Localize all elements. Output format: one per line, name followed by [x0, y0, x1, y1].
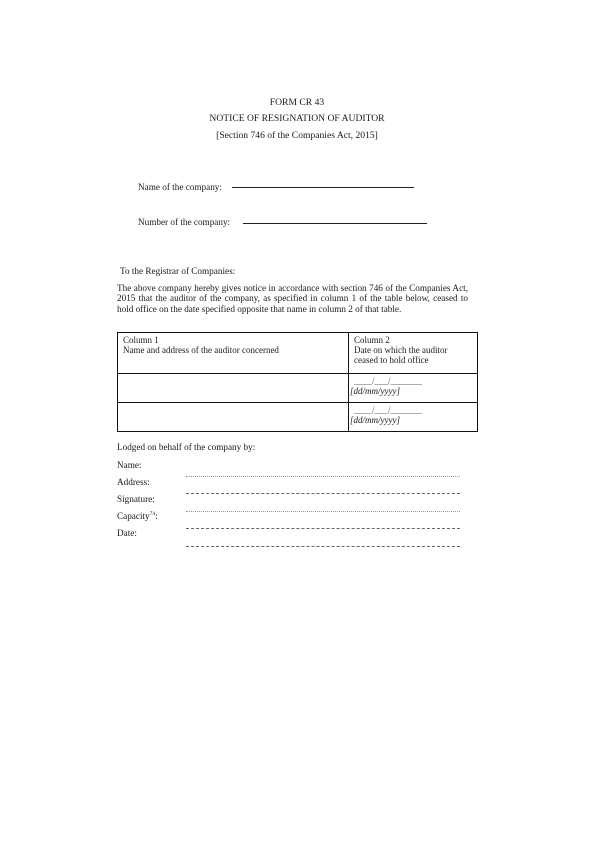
date-field[interactable]: [186, 546, 460, 547]
capacity-label: Capacity74:: [117, 511, 158, 521]
date-blank[interactable]: ____/___/_______: [354, 376, 472, 386]
address-label: Address:: [117, 477, 150, 487]
column-2-header: Column 2 Date on which the auditor cease…: [349, 333, 478, 374]
addressee: To the Registrar of Companies:: [120, 266, 235, 276]
date-blank[interactable]: ____/___/_______: [354, 405, 472, 415]
table-header-row: Column 1 Name and address of the auditor…: [118, 333, 478, 374]
table-row: ____/___/_______ [dd/mm/yyyy]: [118, 374, 478, 403]
date-cell[interactable]: ____/___/_______ [dd/mm/yyyy]: [349, 403, 478, 432]
capacity-label-suffix: :: [155, 511, 158, 521]
capacity-field[interactable]: [186, 528, 460, 529]
name-field[interactable]: [186, 476, 460, 477]
signature-label: Signature:: [117, 494, 155, 504]
auditor-name-cell[interactable]: [118, 374, 349, 403]
company-name-label: Name of the company:: [138, 182, 222, 192]
date-format-hint: [dd/mm/yyyy]: [350, 386, 472, 396]
capacity-label-text: Capacity: [117, 511, 150, 521]
lodged-heading: Lodged on behalf of the company by:: [117, 442, 255, 452]
auditor-table: Column 1 Name and address of the auditor…: [117, 332, 478, 432]
form-reference: [Section 746 of the Companies Act, 2015]: [0, 130, 594, 141]
date-label: Date:: [117, 528, 137, 538]
notice-body: The above company hereby gives notice in…: [117, 283, 468, 314]
name-label: Name:: [117, 460, 142, 470]
column-1-subtitle: Name and address of the auditor concerne…: [123, 345, 343, 355]
form-number: FORM CR 43: [0, 97, 594, 108]
auditor-name-cell[interactable]: [118, 403, 349, 432]
form-title: NOTICE OF RESIGNATION OF AUDITOR: [0, 113, 594, 124]
date-format-hint: [dd/mm/yyyy]: [350, 415, 472, 425]
table-row: ____/___/_______ [dd/mm/yyyy]: [118, 403, 478, 432]
company-number-field[interactable]: [243, 223, 427, 224]
column-1-header: Column 1 Name and address of the auditor…: [118, 333, 349, 374]
signature-field[interactable]: [186, 511, 460, 512]
column-2-subtitle: Date on which the auditor ceased to hold…: [354, 345, 472, 365]
column-1-title: Column 1: [123, 335, 343, 345]
address-field[interactable]: [186, 493, 460, 494]
company-name-field[interactable]: [232, 187, 414, 188]
company-number-label: Number of the company:: [138, 217, 230, 227]
column-2-title: Column 2: [354, 335, 472, 345]
date-cell[interactable]: ____/___/_______ [dd/mm/yyyy]: [349, 374, 478, 403]
